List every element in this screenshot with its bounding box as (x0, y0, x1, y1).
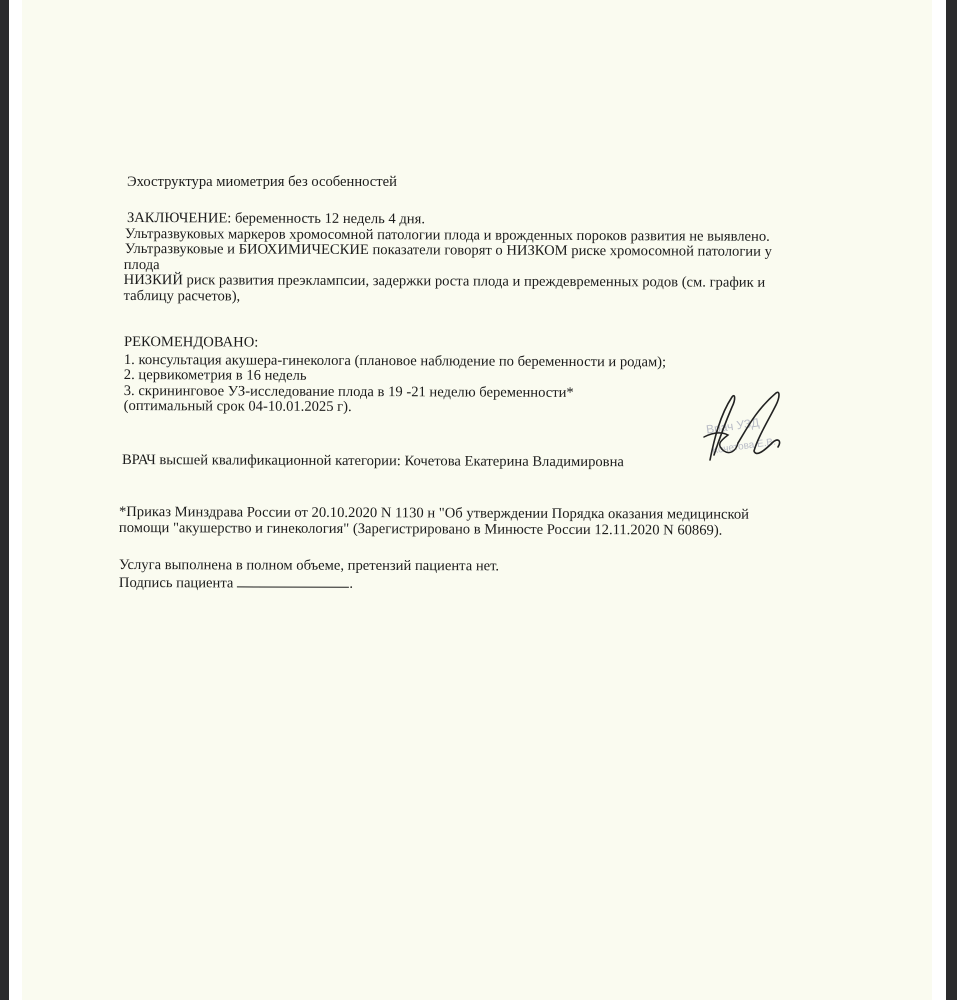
recommended-heading: РЕКОМЕНДОВАНО: (124, 335, 666, 353)
patient-signature-blank (237, 574, 349, 587)
patient-signature-label: Подпись пациента (119, 574, 234, 590)
patient-signature-line: Подпись пациента. (119, 573, 499, 592)
conclusion-block: ЗАКЛЮЧЕНИЕ: беременность 12 недель 4 дня… (127, 211, 772, 307)
conclusion-low-risk: Ультразвуковые и БИОХИМИЧЕСКИЕ показател… (125, 242, 772, 260)
patient-signature-end: . (349, 575, 353, 591)
service-complete-line: Услуга выполнена в полном объеме, претен… (119, 558, 499, 575)
conclusion-preeclampsia-cont: таблицу расчетов), (124, 288, 772, 306)
doctor-line: ВРАЧ высшей квалификационной категории: … (122, 453, 624, 471)
document-viewer: Эхоструктура миометрия без особенностей … (0, 0, 957, 1000)
footnote-line-2: помощи "акушерство и гинекология" (Зарег… (119, 520, 749, 538)
scanned-page (22, 0, 932, 1000)
service-block: Услуга выполнена в полном объеме, претен… (119, 558, 499, 592)
doctor-signature (680, 385, 800, 480)
recommended-block: РЕКОМЕНДОВАНО: 1. консультация акушера-г… (124, 335, 667, 417)
myometrium-line: Эхоструктура миометрия без особенностей (127, 175, 397, 191)
footnote-block: *Приказ Минздрава России от 20.10.2020 N… (119, 505, 749, 539)
recommended-item-3-date: (оптимальный срок 04-10.01.2025 г). (124, 399, 666, 417)
